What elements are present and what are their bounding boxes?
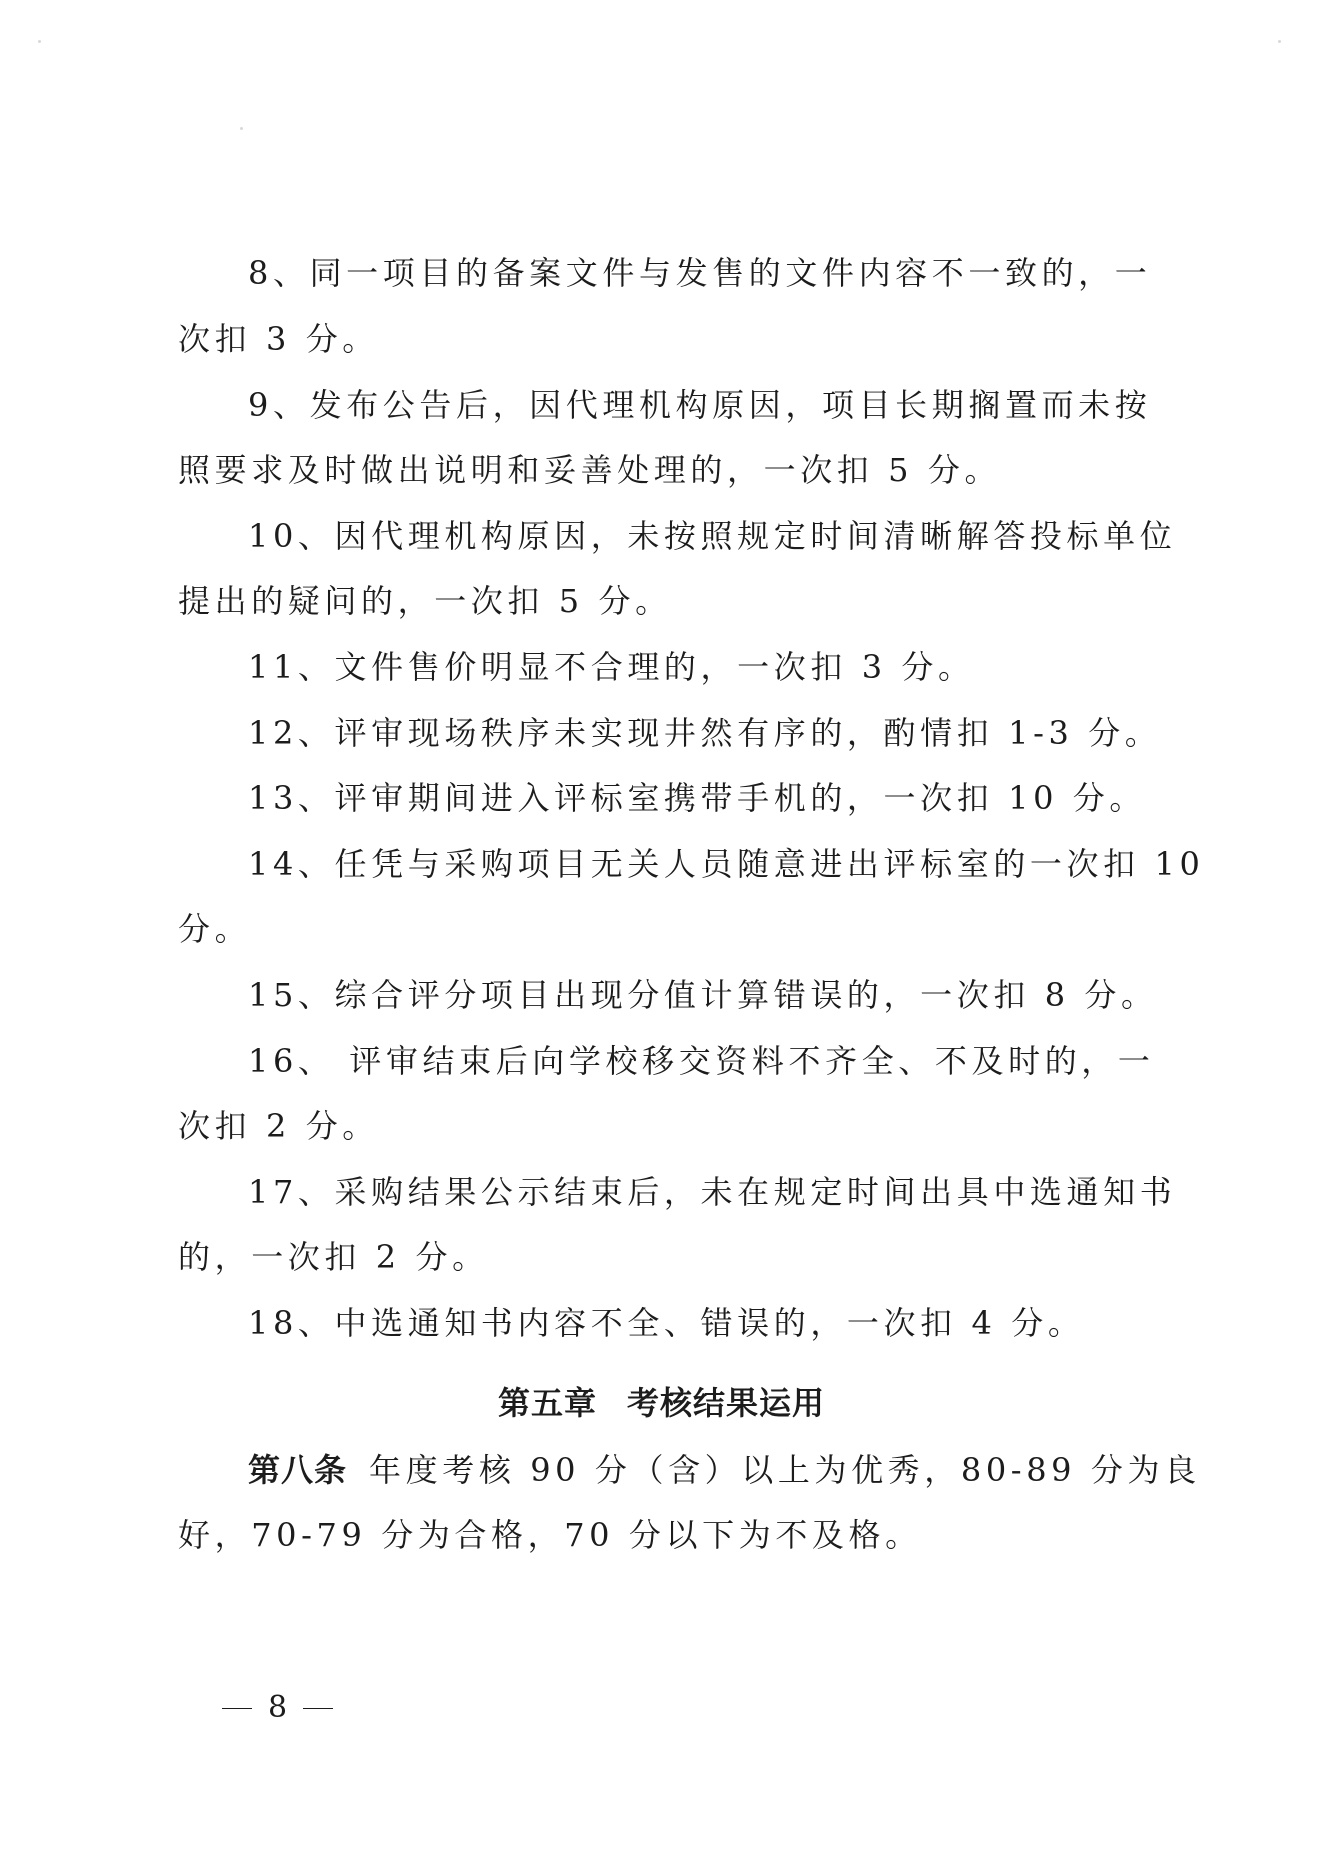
list-item-10-line-2: 提出的疑问的，一次扣 5 分。 bbox=[178, 568, 1148, 634]
item-text: 中选通知书内容不全、错误的，一次扣 4 分。 bbox=[335, 1304, 1085, 1342]
list-item-16-line-2: 次扣 2 分。 bbox=[178, 1093, 1148, 1159]
item-text: 评审现场秩序未实现井然有序的，酌情扣 1-3 分。 bbox=[335, 714, 1162, 752]
item-number: 17、 bbox=[248, 1173, 335, 1211]
item-number: 9、 bbox=[248, 386, 310, 424]
list-item-13: 13、评审期间进入评标室携带手机的，一次扣 10 分。 bbox=[248, 765, 1148, 831]
chapter-number: 第五章 bbox=[498, 1384, 597, 1422]
scan-speck bbox=[38, 40, 41, 43]
list-item-10-line-1: 10、因代理机构原因，未按照规定时间清晰解答投标单位 bbox=[248, 503, 1148, 569]
article-label: 第八条 bbox=[248, 1451, 347, 1489]
list-item-12: 12、评审现场秩序未实现井然有序的，酌情扣 1-3 分。 bbox=[248, 700, 1148, 766]
list-item-17-line-2: 的，一次扣 2 分。 bbox=[178, 1224, 1148, 1290]
page-number: 8 bbox=[268, 1688, 287, 1728]
list-item-9-line-1: 9、发布公告后，因代理机构原因，项目长期搁置而未按 bbox=[248, 372, 1148, 438]
item-number: 11、 bbox=[248, 648, 335, 686]
item-text: 评审期间进入评标室携带手机的，一次扣 10 分。 bbox=[335, 779, 1146, 817]
item-number: 14、 bbox=[248, 845, 335, 883]
item-number: 10、 bbox=[248, 517, 335, 555]
item-text: 评审结束后向学校移交资料不齐全、不及时的，一 bbox=[335, 1042, 1155, 1080]
dash-right bbox=[303, 1708, 333, 1709]
list-item-14-line-1: 14、任凭与采购项目无关人员随意进出评标室的一次扣 10 bbox=[248, 831, 1148, 897]
item-text: 采购结果公示结束后，未在规定时间出具中选通知书 bbox=[335, 1173, 1177, 1211]
list-item-18: 18、中选通知书内容不全、错误的，一次扣 4 分。 bbox=[248, 1290, 1148, 1356]
item-text: 文件售价明显不合理的，一次扣 3 分。 bbox=[335, 648, 975, 686]
item-text: 因代理机构原因，未按照规定时间清晰解答投标单位 bbox=[335, 517, 1177, 555]
list-item-8-line-2: 次扣 3 分。 bbox=[178, 306, 1148, 372]
scan-speck bbox=[240, 127, 243, 130]
item-number: 12、 bbox=[248, 714, 335, 752]
document-page: 8、同一项目的备案文件与发售的文件内容不一致的，一 次扣 3 分。 9、发布公告… bbox=[0, 0, 1323, 1871]
list-item-17-line-1: 17、采购结果公示结束后，未在规定时间出具中选通知书 bbox=[248, 1159, 1148, 1225]
chapter-heading: 第五章考核结果运用 bbox=[178, 1370, 1145, 1436]
list-item-16-line-1: 16、 评审结束后向学校移交资料不齐全、不及时的，一 bbox=[248, 1028, 1148, 1094]
list-item-15: 15、综合评分项目出现分值计算错误的，一次扣 8 分。 bbox=[248, 962, 1148, 1028]
list-item-14-line-2: 分。 bbox=[178, 896, 1148, 962]
item-number: 15、 bbox=[248, 976, 335, 1014]
item-text: 任凭与采购项目无关人员随意进出评标室的一次扣 10 bbox=[335, 845, 1205, 883]
item-number: 13、 bbox=[248, 779, 335, 817]
item-text: 综合评分项目出现分值计算错误的，一次扣 8 分。 bbox=[335, 976, 1158, 1014]
article-text: 年度考核 90 分（含）以上为优秀，80-89 分为良 bbox=[369, 1451, 1201, 1489]
page-number-footer: 8 bbox=[222, 1688, 333, 1728]
chapter-title: 考核结果运用 bbox=[627, 1384, 825, 1422]
scan-speck bbox=[1278, 40, 1281, 43]
item-number: 18、 bbox=[248, 1304, 335, 1342]
item-text: 同一项目的备案文件与发售的文件内容不一致的，一 bbox=[310, 254, 1152, 292]
list-item-9-line-2: 照要求及时做出说明和妥善处理的，一次扣 5 分。 bbox=[178, 437, 1148, 503]
article-8-line-2: 好，70-79 分为合格，70 分以下为不及格。 bbox=[178, 1502, 1148, 1568]
item-number: 16、 bbox=[248, 1042, 335, 1080]
article-8-line-1: 第八条年度考核 90 分（含）以上为优秀，80-89 分为良 bbox=[248, 1437, 1148, 1503]
item-number: 8、 bbox=[248, 254, 310, 292]
dash-left bbox=[222, 1708, 252, 1709]
list-item-8-line-1: 8、同一项目的备案文件与发售的文件内容不一致的，一 bbox=[248, 240, 1148, 306]
list-item-11: 11、文件售价明显不合理的，一次扣 3 分。 bbox=[248, 634, 1148, 700]
item-text: 发布公告后，因代理机构原因，项目长期搁置而未按 bbox=[310, 386, 1152, 424]
